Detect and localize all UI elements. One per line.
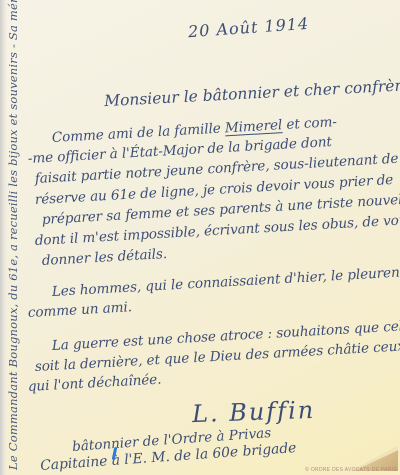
letter-date: 20 Août 1914 — [187, 14, 309, 41]
salutation: Monsieur le bâtonnier et cher confrère, — [104, 76, 400, 110]
paragraph-3: La guerre est une chose atroce : souhait… — [28, 336, 394, 398]
watermark-credit: © ORDRE DES AVOCATS DE PARIS — [305, 467, 397, 473]
signature: L. Buffin — [192, 396, 316, 428]
p1-l1-post: et com- — [286, 114, 337, 133]
letter-page: Le Commandant Bougnoux, du 61e, a recuei… — [0, 0, 400, 475]
paragraph-2: Les hommes, qui le connaissaient d'hier,… — [28, 282, 394, 323]
margin-note: Le Commandant Bougnoux, du 61e, a recuei… — [6, 2, 20, 470]
paragraph-1: Comme ami de la famille Mimerel et com- … — [28, 128, 394, 272]
underlined-name: Mimerel — [224, 117, 282, 136]
